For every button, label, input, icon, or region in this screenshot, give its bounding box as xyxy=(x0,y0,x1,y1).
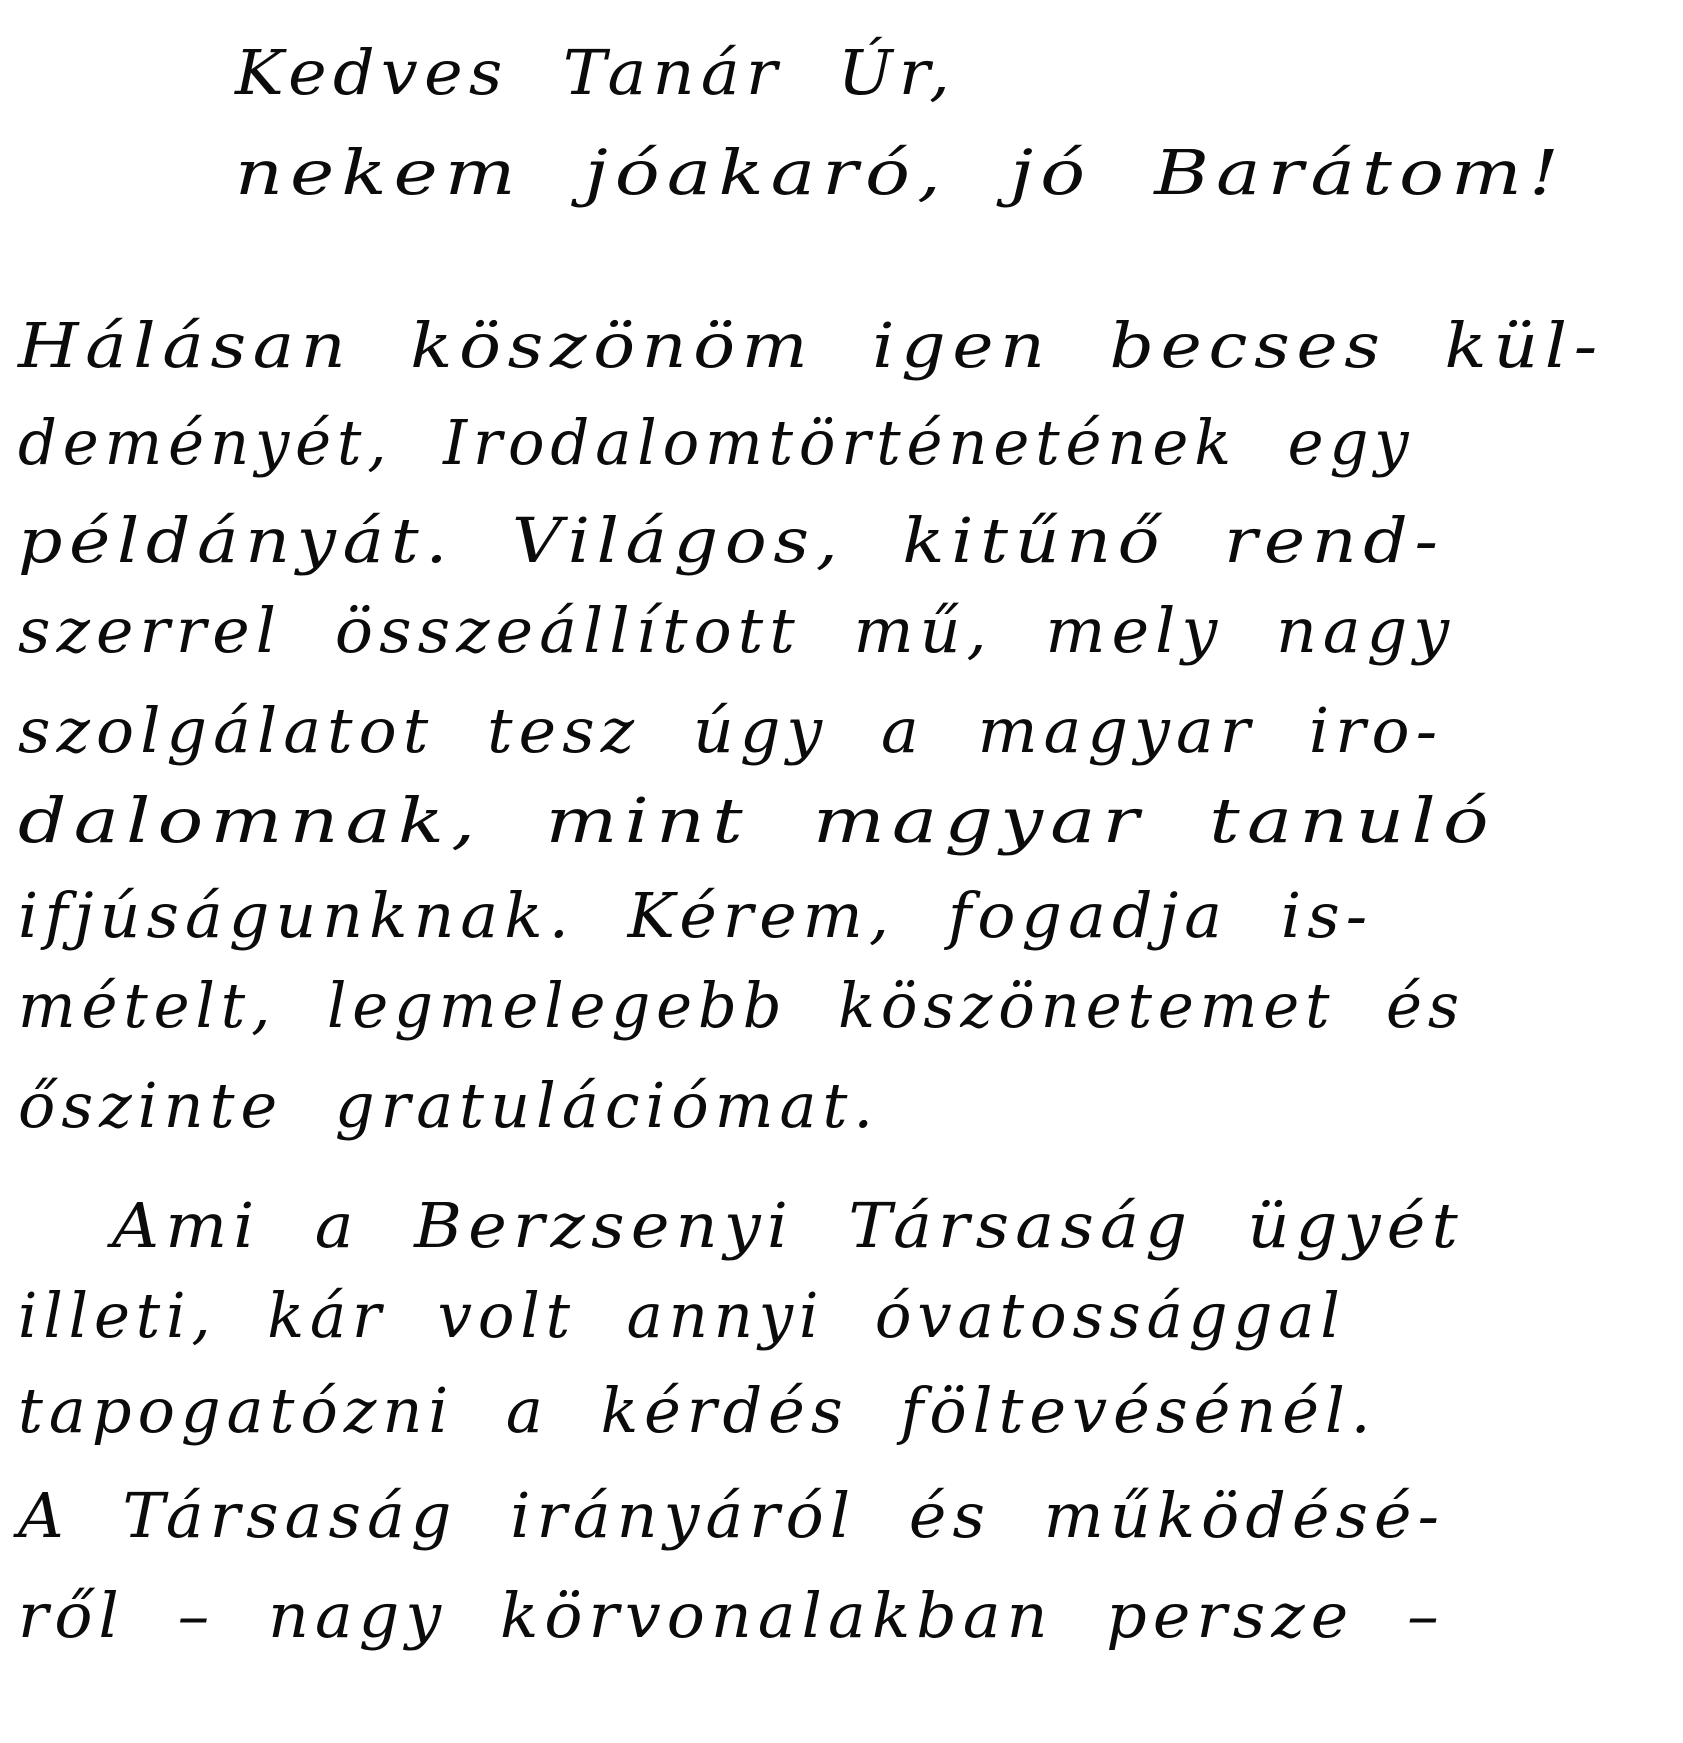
body-line-1: Hálásan köszönöm igen becses kül- xyxy=(18,315,1434,377)
body-line-7: ifjúságunknak. Kérem, fogadja is- xyxy=(18,885,1347,947)
body-text-7: ifjúságunknak. Kérem, fogadja is- xyxy=(18,885,1373,947)
body-text-5: szolgálatot tesz úgy a magyar iro- xyxy=(18,700,1443,762)
body-line-8: mételt, legmelegebb köszönetemet és xyxy=(18,975,1494,1037)
body-line-14: ről – nagy körvonalakban persze – xyxy=(18,1585,1417,1647)
body-text-2: deményét, Irodalomtörténetének egy xyxy=(18,412,1414,474)
letter-page: Kedves Tanár Úr, nekem jóakaró, jó Barát… xyxy=(0,0,1683,1743)
body-line-10: Ami a Berzsenyi Társaság ügyét xyxy=(112,1195,1400,1257)
body-line-11: illeti, kár volt annyi óvatossággal xyxy=(18,1285,1373,1347)
body-text-11: illeti, kár volt annyi óvatossággal xyxy=(18,1285,1346,1347)
salutation-line-2: nekem jóakaró, jó Barátom! xyxy=(235,142,1344,204)
body-line-9: őszinte gratulációmat. xyxy=(18,1075,879,1137)
body-line-6: dalomnak, mint magyar tanuló xyxy=(18,790,1229,852)
body-line-2: deményét, Irodalomtörténetének egy xyxy=(18,412,1443,474)
body-line-3: példányát. Világos, kitűnő rend- xyxy=(18,510,1292,572)
body-text-6: dalomnak, mint magyar tanuló xyxy=(18,790,1496,852)
salutation-text-2: nekem jóakaró, jó Barátom! xyxy=(235,142,1566,204)
body-line-12: tapogatózni a kérdés föltevésénél. xyxy=(18,1380,1377,1442)
body-line-4: szerrel összeállított mű, mely nagy xyxy=(18,600,1427,662)
body-text-1: Hálásan köszönöm igen becses kül- xyxy=(18,315,1604,377)
body-text-13: A Társaság irányáról és működésé- xyxy=(18,1485,1445,1547)
body-text-10: Ami a Berzsenyi Társaság ügyét xyxy=(112,1195,1464,1257)
body-text-9: őszinte gratulációmat. xyxy=(18,1075,879,1137)
salutation-line-1: Kedves Tanár Úr, xyxy=(235,42,922,104)
body-line-13: A Társaság irányáról és működésé- xyxy=(18,1485,1417,1547)
body-text-12: tapogatózni a kérdés föltevésénél. xyxy=(18,1380,1377,1442)
body-line-5: szolgálatot tesz úgy a magyar iro- xyxy=(18,700,1415,762)
body-text-4: szerrel összeállított mű, mely nagy xyxy=(18,600,1455,662)
body-text-3: példányát. Világos, kitűnő rend- xyxy=(18,510,1445,572)
salutation-text-1: Kedves Tanár Úr, xyxy=(235,42,956,104)
body-text-14: ről – nagy körvonalakban persze – xyxy=(18,1585,1445,1647)
body-text-8: mételt, legmelegebb köszönetemet és xyxy=(18,975,1465,1037)
